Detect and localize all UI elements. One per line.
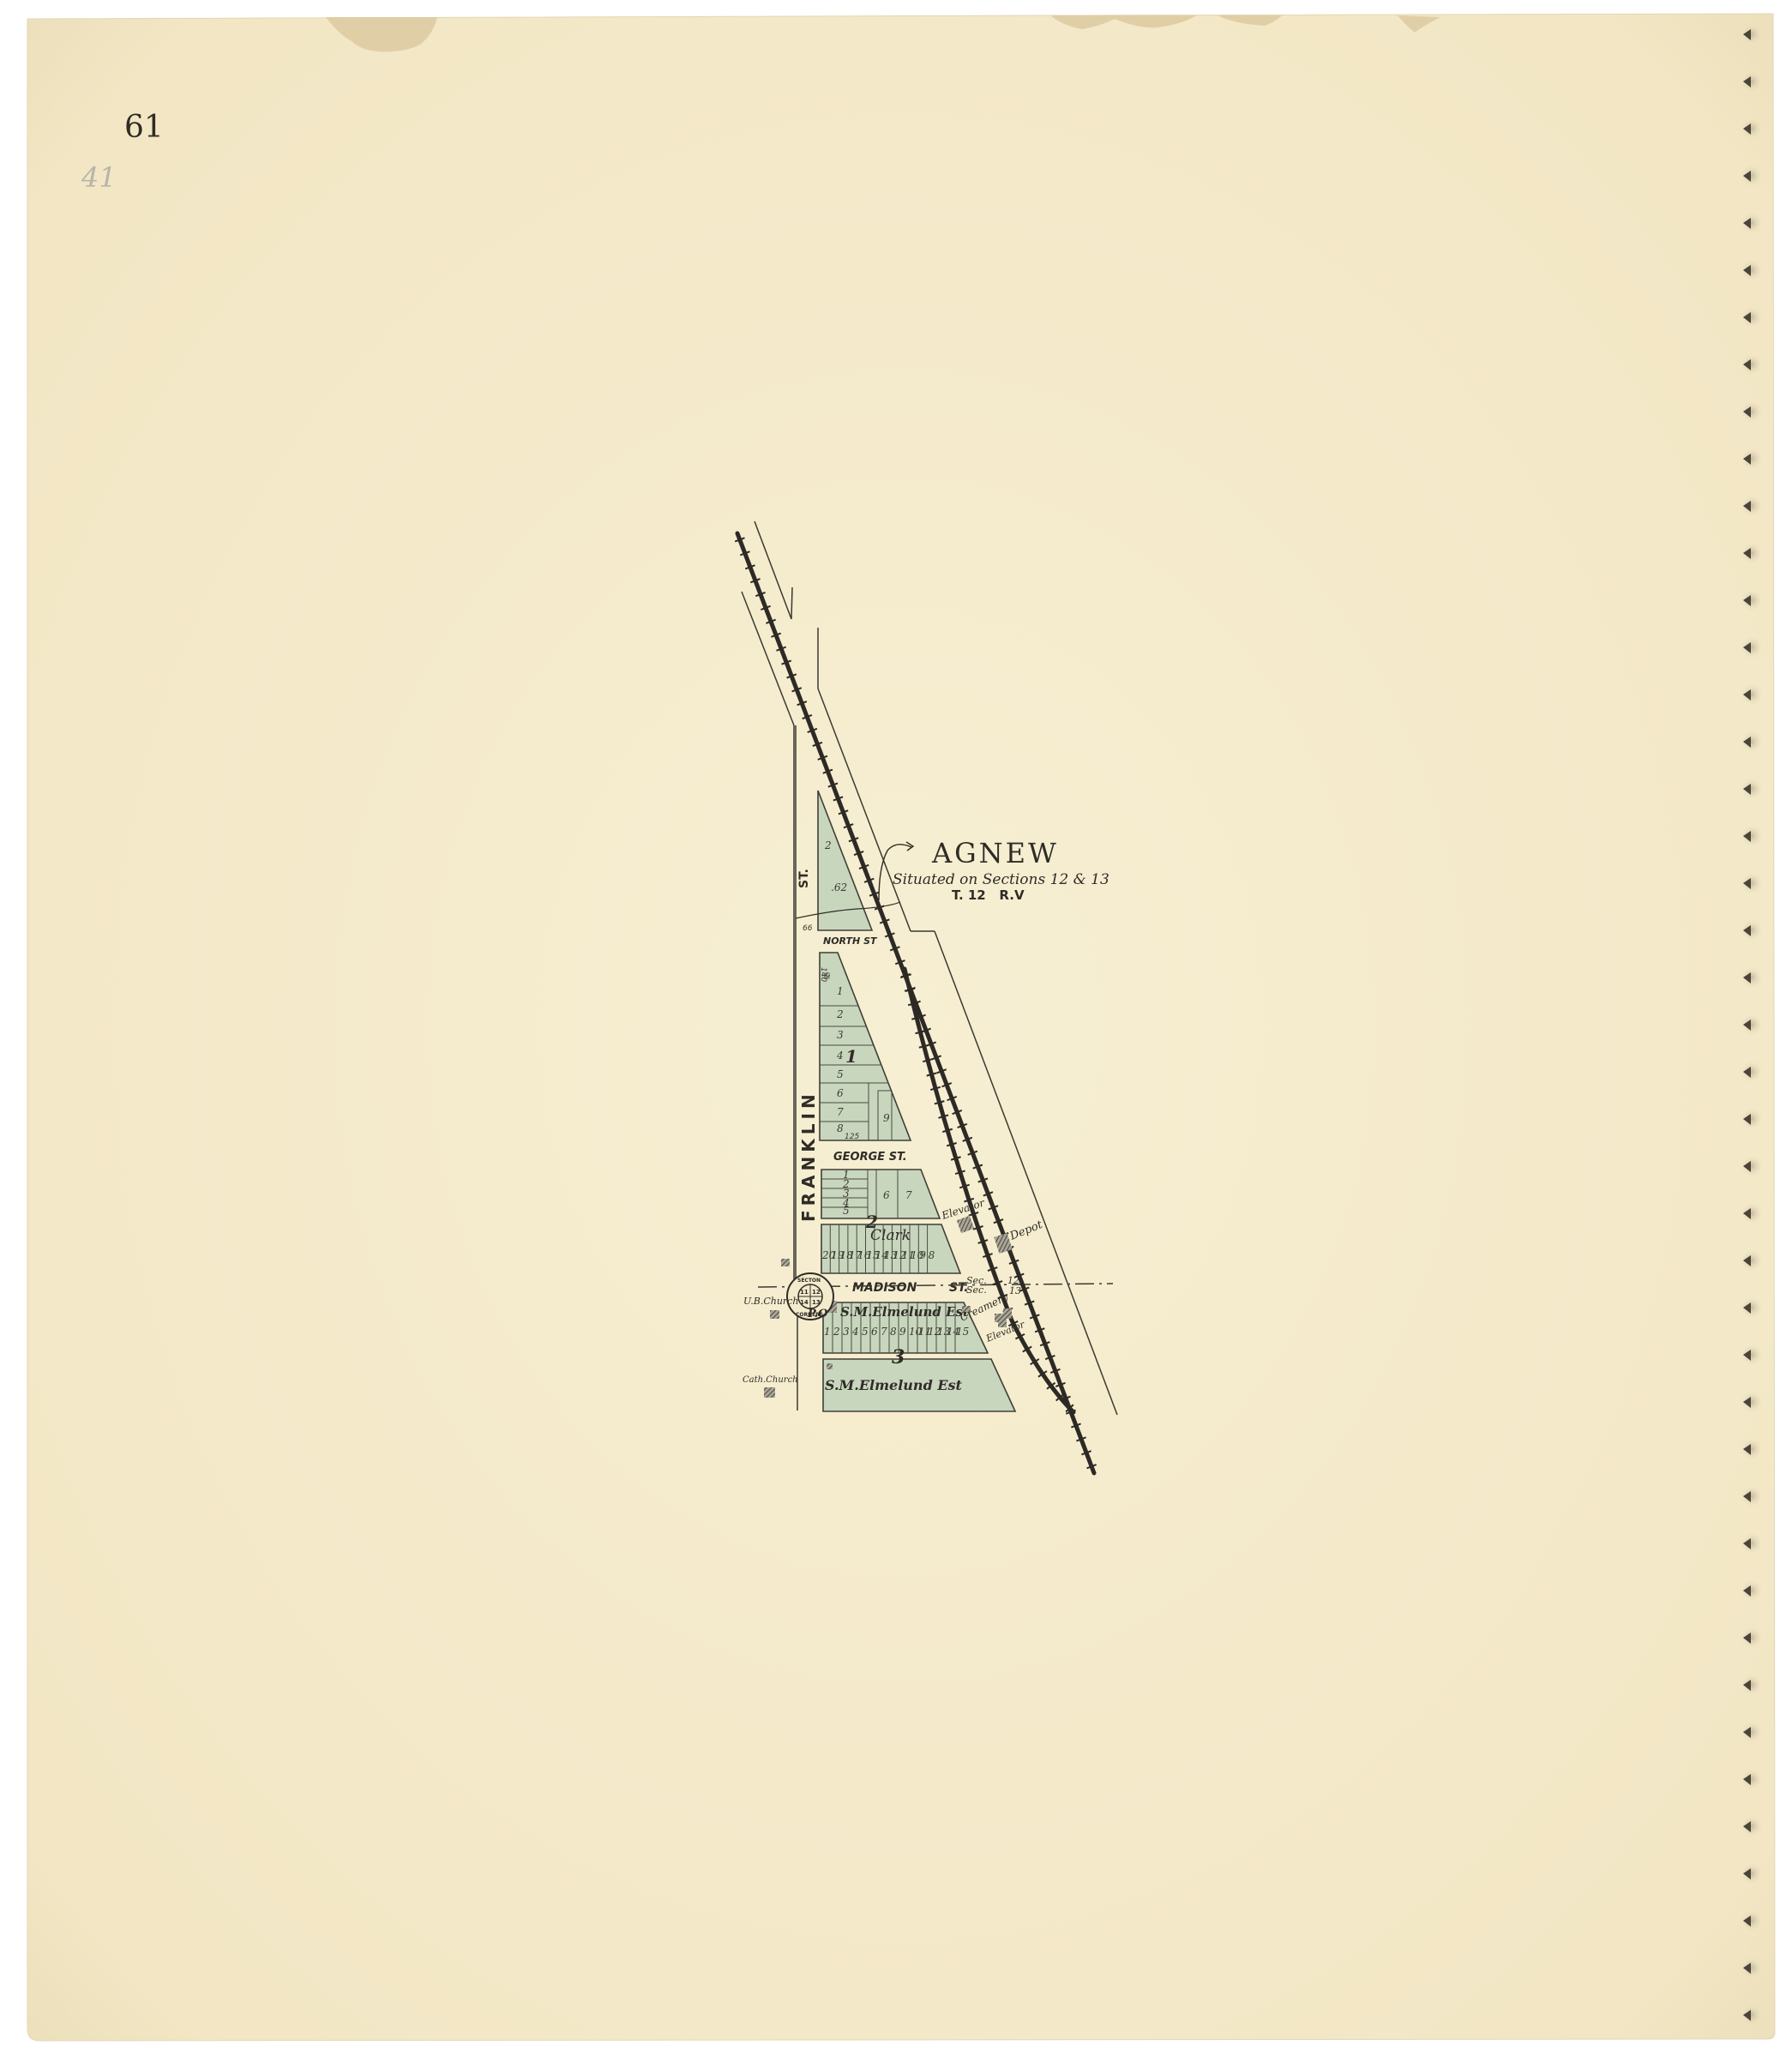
paper-sheet (27, 14, 1775, 2041)
svg-text:66: 66 (803, 924, 813, 933)
svg-text:13: 13 (812, 1299, 821, 1306)
svg-text:15: 15 (956, 1326, 969, 1338)
svg-text:8: 8 (929, 1249, 935, 1261)
svg-text:14: 14 (800, 1299, 809, 1306)
svg-text:SECTON: SECTON (797, 1278, 821, 1284)
svg-text:7: 7 (905, 1189, 912, 1201)
pencil-annotation: 41 (81, 161, 117, 194)
street-george: GEORGE ST. (833, 1151, 907, 1164)
svg-text:5: 5 (843, 1205, 850, 1217)
block-3-owner-south: S.M.Elmelund Est (825, 1377, 963, 1393)
svg-text:6: 6 (837, 1087, 844, 1099)
svg-text:8: 8 (890, 1326, 897, 1338)
street-madison: MADISON (852, 1281, 917, 1295)
ub-church-icon (770, 1310, 779, 1319)
svg-text:Sec.: Sec. (966, 1284, 987, 1296)
ub-church-label: U.B.Church (743, 1296, 798, 1307)
svg-text:7: 7 (881, 1326, 887, 1338)
svg-text:13: 13 (1009, 1285, 1021, 1296)
street-franklin: FRANKLIN (798, 1090, 819, 1222)
township-range: T. 12 R.V (952, 887, 1025, 903)
svg-text:5: 5 (837, 1068, 844, 1080)
town-subtitle: Situated on Sections 12 & 13 (893, 871, 1109, 888)
street-north: NORTH ST (823, 935, 878, 947)
svg-text:6: 6 (883, 1189, 890, 1201)
svg-text:9: 9 (883, 1112, 890, 1124)
svg-text:8: 8 (837, 1122, 844, 1134)
svg-text:3: 3 (843, 1326, 850, 1338)
svg-text:.62: .62 (831, 881, 847, 893)
ub-church-north-icon (781, 1259, 790, 1266)
cath-church-label: Cath.Church (743, 1375, 798, 1385)
svg-text:9: 9 (919, 1249, 926, 1261)
svg-text:3: 3 (837, 1029, 844, 1041)
street-franklin-suffix: ST. (797, 869, 811, 888)
svg-text:5: 5 (862, 1326, 869, 1338)
svg-text:4: 4 (836, 1050, 844, 1062)
binding-holes (1741, 23, 1763, 2026)
block-1-label: 1 (845, 1046, 857, 1067)
block-3-owner-north: S.M.Elmelund Est (840, 1304, 969, 1320)
post-office-label: P.O (807, 1308, 828, 1320)
atlas-page: 61 41 2 .62 66 1 (0, 0, 1792, 2051)
svg-text:11: 11 (800, 1289, 809, 1296)
svg-text:7: 7 (837, 1106, 844, 1118)
svg-text:2: 2 (836, 1008, 844, 1020)
block-2-owner: Clark (870, 1227, 911, 1244)
svg-text:1: 1 (837, 985, 844, 997)
svg-text:12: 12 (812, 1289, 821, 1296)
svg-text:4: 4 (851, 1326, 859, 1338)
svg-text:125: 125 (845, 1133, 859, 1141)
block-3-label: 3 (892, 1346, 905, 1368)
svg-text:2: 2 (824, 839, 832, 851)
svg-text:2: 2 (833, 1326, 840, 1338)
cath-church-icon (764, 1387, 775, 1398)
page-number: 61 (124, 110, 164, 145)
plat-map: 61 41 2 .62 66 1 (0, 0, 1792, 2051)
svg-text:140: 140 (819, 967, 827, 982)
svg-text:6: 6 (871, 1326, 878, 1338)
svg-text:1: 1 (824, 1326, 831, 1338)
svg-text:9: 9 (899, 1326, 906, 1338)
building-icon (827, 1363, 833, 1369)
town-title: AGNEW (931, 837, 1059, 869)
